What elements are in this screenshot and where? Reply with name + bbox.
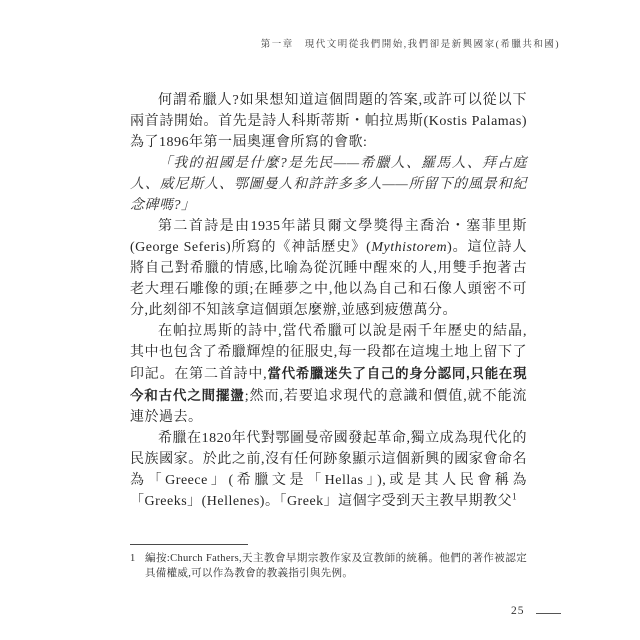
paragraph-1: 何謂希臘人?如果想知道這個問題的答案,或許可以從以下兩首詩開始。首先是詩人科斯蒂… (130, 90, 527, 153)
footnote-number: 1 (130, 552, 145, 581)
footnote-reference: 1 (512, 491, 517, 501)
body-text: 何謂希臘人?如果想知道這個問題的答案,或許可以從以下兩首詩開始。首先是詩人科斯蒂… (130, 90, 527, 512)
book-page: 第一章 現代文明從我們開始,我們卻是新興國家(希臘共和國) 何謂希臘人?如果想知… (0, 0, 640, 640)
paragraph-2-book-title-latin: Mythistorem (371, 240, 447, 255)
footnote-divider (130, 544, 248, 545)
running-head: 第一章 現代文明從我們開始,我們卻是新興國家(希臘共和國) (261, 36, 560, 50)
paragraph-2: 第二首詩是由1935年諾貝爾文學獎得主喬治・塞菲里斯(George Seferi… (130, 216, 527, 321)
footnote-text: 編按:Church Fathers,天主教會早期宗教作家及宣教師的統稱。他們的著… (145, 552, 527, 581)
page-number: 25 (511, 605, 525, 617)
paragraph-4: 希臘在1820年代對鄂圖曼帝國發起革命,獨立成為現代化的民族國家。於此之前,沒有… (130, 428, 527, 512)
footer-rule (536, 613, 561, 614)
poem-quote: 「我的祖國是什麼?是先民——希臘人、羅馬人、拜占庭人、威尼斯人、鄂圖曼人和許許多… (130, 153, 527, 216)
footnote: 1 編按:Church Fathers,天主教會早期宗教作家及宣教師的統稱。他們… (130, 552, 527, 581)
paragraph-4-text: 希臘在1820年代對鄂圖曼帝國發起革命,獨立成為現代化的民族國家。於此之前,沒有… (130, 431, 527, 509)
paragraph-3: 在帕拉馬斯的詩中,當代希臘可以說是兩千年歷史的結晶,其中也包含了希臘輝煌的征服史… (130, 321, 527, 428)
footnote-section: 1 編按:Church Fathers,天主教會早期宗教作家及宣教師的統稱。他們… (130, 544, 527, 581)
